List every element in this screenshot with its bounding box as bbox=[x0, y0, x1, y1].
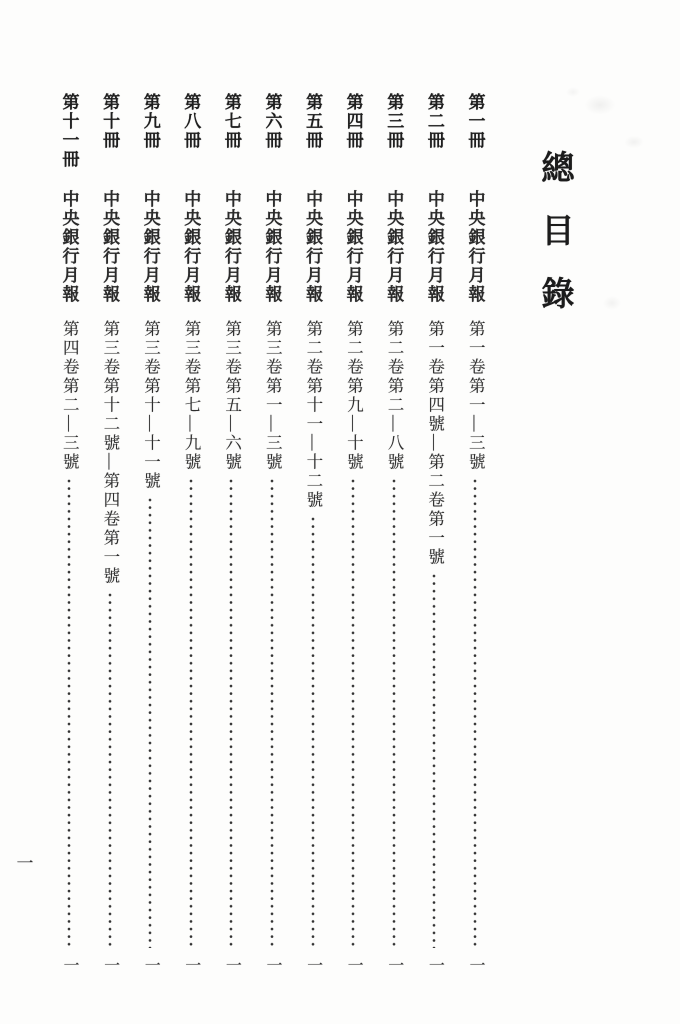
toc-entry: 第一冊 中央銀行月報 第一卷第一—三號 一 bbox=[455, 93, 495, 979]
page-number: 一 bbox=[102, 957, 118, 979]
scanned-document-page: 總目錄 第一冊 中央銀行月報 第一卷第一—三號 一 第二冊 中央銀行月報 第一卷… bbox=[0, 0, 680, 1024]
toc-entry: 第三冊 中央銀行月報 第二卷第二—八號 一 bbox=[374, 93, 414, 979]
toc-entry: 第二冊 中央銀行月報 第一卷第四號—第二卷第一號 一 bbox=[414, 93, 454, 979]
volume-label: 第九冊 bbox=[142, 93, 159, 190]
toc-entry: 第五冊 中央銀行月報 第二卷第十一—十二號 一 bbox=[293, 93, 333, 979]
toc-entry: 第八冊 中央銀行月報 第三卷第七—九號 一 bbox=[171, 93, 211, 979]
dot-leader bbox=[189, 479, 193, 948]
issue-range: 第三卷第十—十一號 bbox=[142, 320, 159, 491]
dot-leader bbox=[473, 479, 477, 948]
page-number: 一 bbox=[61, 957, 77, 979]
volume-label: 第十一冊 bbox=[61, 93, 78, 190]
dot-leader bbox=[270, 479, 274, 948]
page-number: 一 bbox=[142, 957, 158, 979]
toc-entry: 第四冊 中央銀行月報 第二卷第九—十號 一 bbox=[333, 93, 373, 979]
folio-number: 一 bbox=[14, 849, 36, 874]
issue-range: 第一卷第一—三號 bbox=[467, 320, 484, 472]
volume-label: 第三冊 bbox=[385, 93, 402, 190]
work-title: 中央銀行月報 bbox=[385, 190, 402, 320]
toc-entry: 第十冊 中央銀行月報 第三卷第十二號—第四卷第一號 一 bbox=[90, 93, 130, 979]
work-title: 中央銀行月報 bbox=[182, 190, 199, 320]
dot-leader bbox=[108, 593, 112, 948]
volume-label: 第二冊 bbox=[426, 93, 443, 190]
issue-range: 第一卷第四號—第二卷第一號 bbox=[426, 320, 443, 567]
issue-range: 第四卷第二—三號 bbox=[61, 320, 78, 472]
dot-leader bbox=[67, 479, 71, 948]
dot-leader bbox=[311, 517, 315, 948]
issue-range: 第二卷第九—十號 bbox=[345, 320, 362, 472]
page-number: 一 bbox=[305, 957, 321, 979]
volume-label: 第七冊 bbox=[223, 93, 240, 190]
toc-entry: 第六冊 中央銀行月報 第三卷第一—三號 一 bbox=[252, 93, 292, 979]
issue-range: 第三卷第十二號—第四卷第一號 bbox=[101, 320, 118, 586]
issue-range: 第三卷第一—三號 bbox=[264, 320, 281, 472]
work-title: 中央銀行月報 bbox=[142, 190, 159, 320]
toc-entry: 第九冊 中央銀行月報 第三卷第十—十一號 一 bbox=[130, 93, 170, 979]
page-number: 一 bbox=[223, 957, 239, 979]
issue-range: 第三卷第七—九號 bbox=[183, 320, 200, 472]
page-number: 一 bbox=[345, 957, 361, 979]
work-title: 中央銀行月報 bbox=[61, 190, 78, 320]
page-number: 一 bbox=[426, 957, 442, 979]
dot-leader bbox=[351, 479, 355, 948]
volume-label: 第五冊 bbox=[304, 93, 321, 190]
dot-leader bbox=[432, 574, 436, 948]
page-number: 一 bbox=[264, 957, 280, 979]
work-title: 中央銀行月報 bbox=[304, 190, 321, 320]
volume-label: 第六冊 bbox=[263, 93, 280, 190]
toc-entry: 第十一冊 中央銀行月報 第四卷第二—三號 一 bbox=[49, 93, 89, 979]
work-title: 中央銀行月報 bbox=[466, 190, 483, 320]
issue-range: 第三卷第五—六號 bbox=[223, 320, 240, 472]
page-title-text: 總目錄 bbox=[538, 150, 571, 339]
page-title: 總目錄 bbox=[535, 150, 573, 339]
work-title: 中央銀行月報 bbox=[345, 190, 362, 320]
issue-range: 第二卷第十一—十二號 bbox=[304, 320, 321, 510]
page-number: 一 bbox=[183, 957, 199, 979]
dot-leader bbox=[229, 479, 233, 948]
issue-range: 第二卷第二—八號 bbox=[386, 320, 403, 472]
volume-label: 第十冊 bbox=[101, 93, 118, 190]
page-number: 一 bbox=[386, 957, 402, 979]
table-of-contents: 第一冊 中央銀行月報 第一卷第一—三號 一 第二冊 中央銀行月報 第一卷第四號—… bbox=[49, 93, 495, 979]
volume-label: 第四冊 bbox=[345, 93, 362, 190]
volume-label: 第一冊 bbox=[466, 93, 483, 190]
toc-entry: 第七冊 中央銀行月報 第三卷第五—六號 一 bbox=[211, 93, 251, 979]
dot-leader bbox=[392, 479, 396, 948]
page-number: 一 bbox=[467, 957, 483, 979]
work-title: 中央銀行月報 bbox=[263, 190, 280, 320]
volume-label: 第八冊 bbox=[182, 93, 199, 190]
dot-leader bbox=[148, 498, 152, 948]
work-title: 中央銀行月報 bbox=[101, 190, 118, 320]
work-title: 中央銀行月報 bbox=[426, 190, 443, 320]
work-title: 中央銀行月報 bbox=[223, 190, 240, 320]
